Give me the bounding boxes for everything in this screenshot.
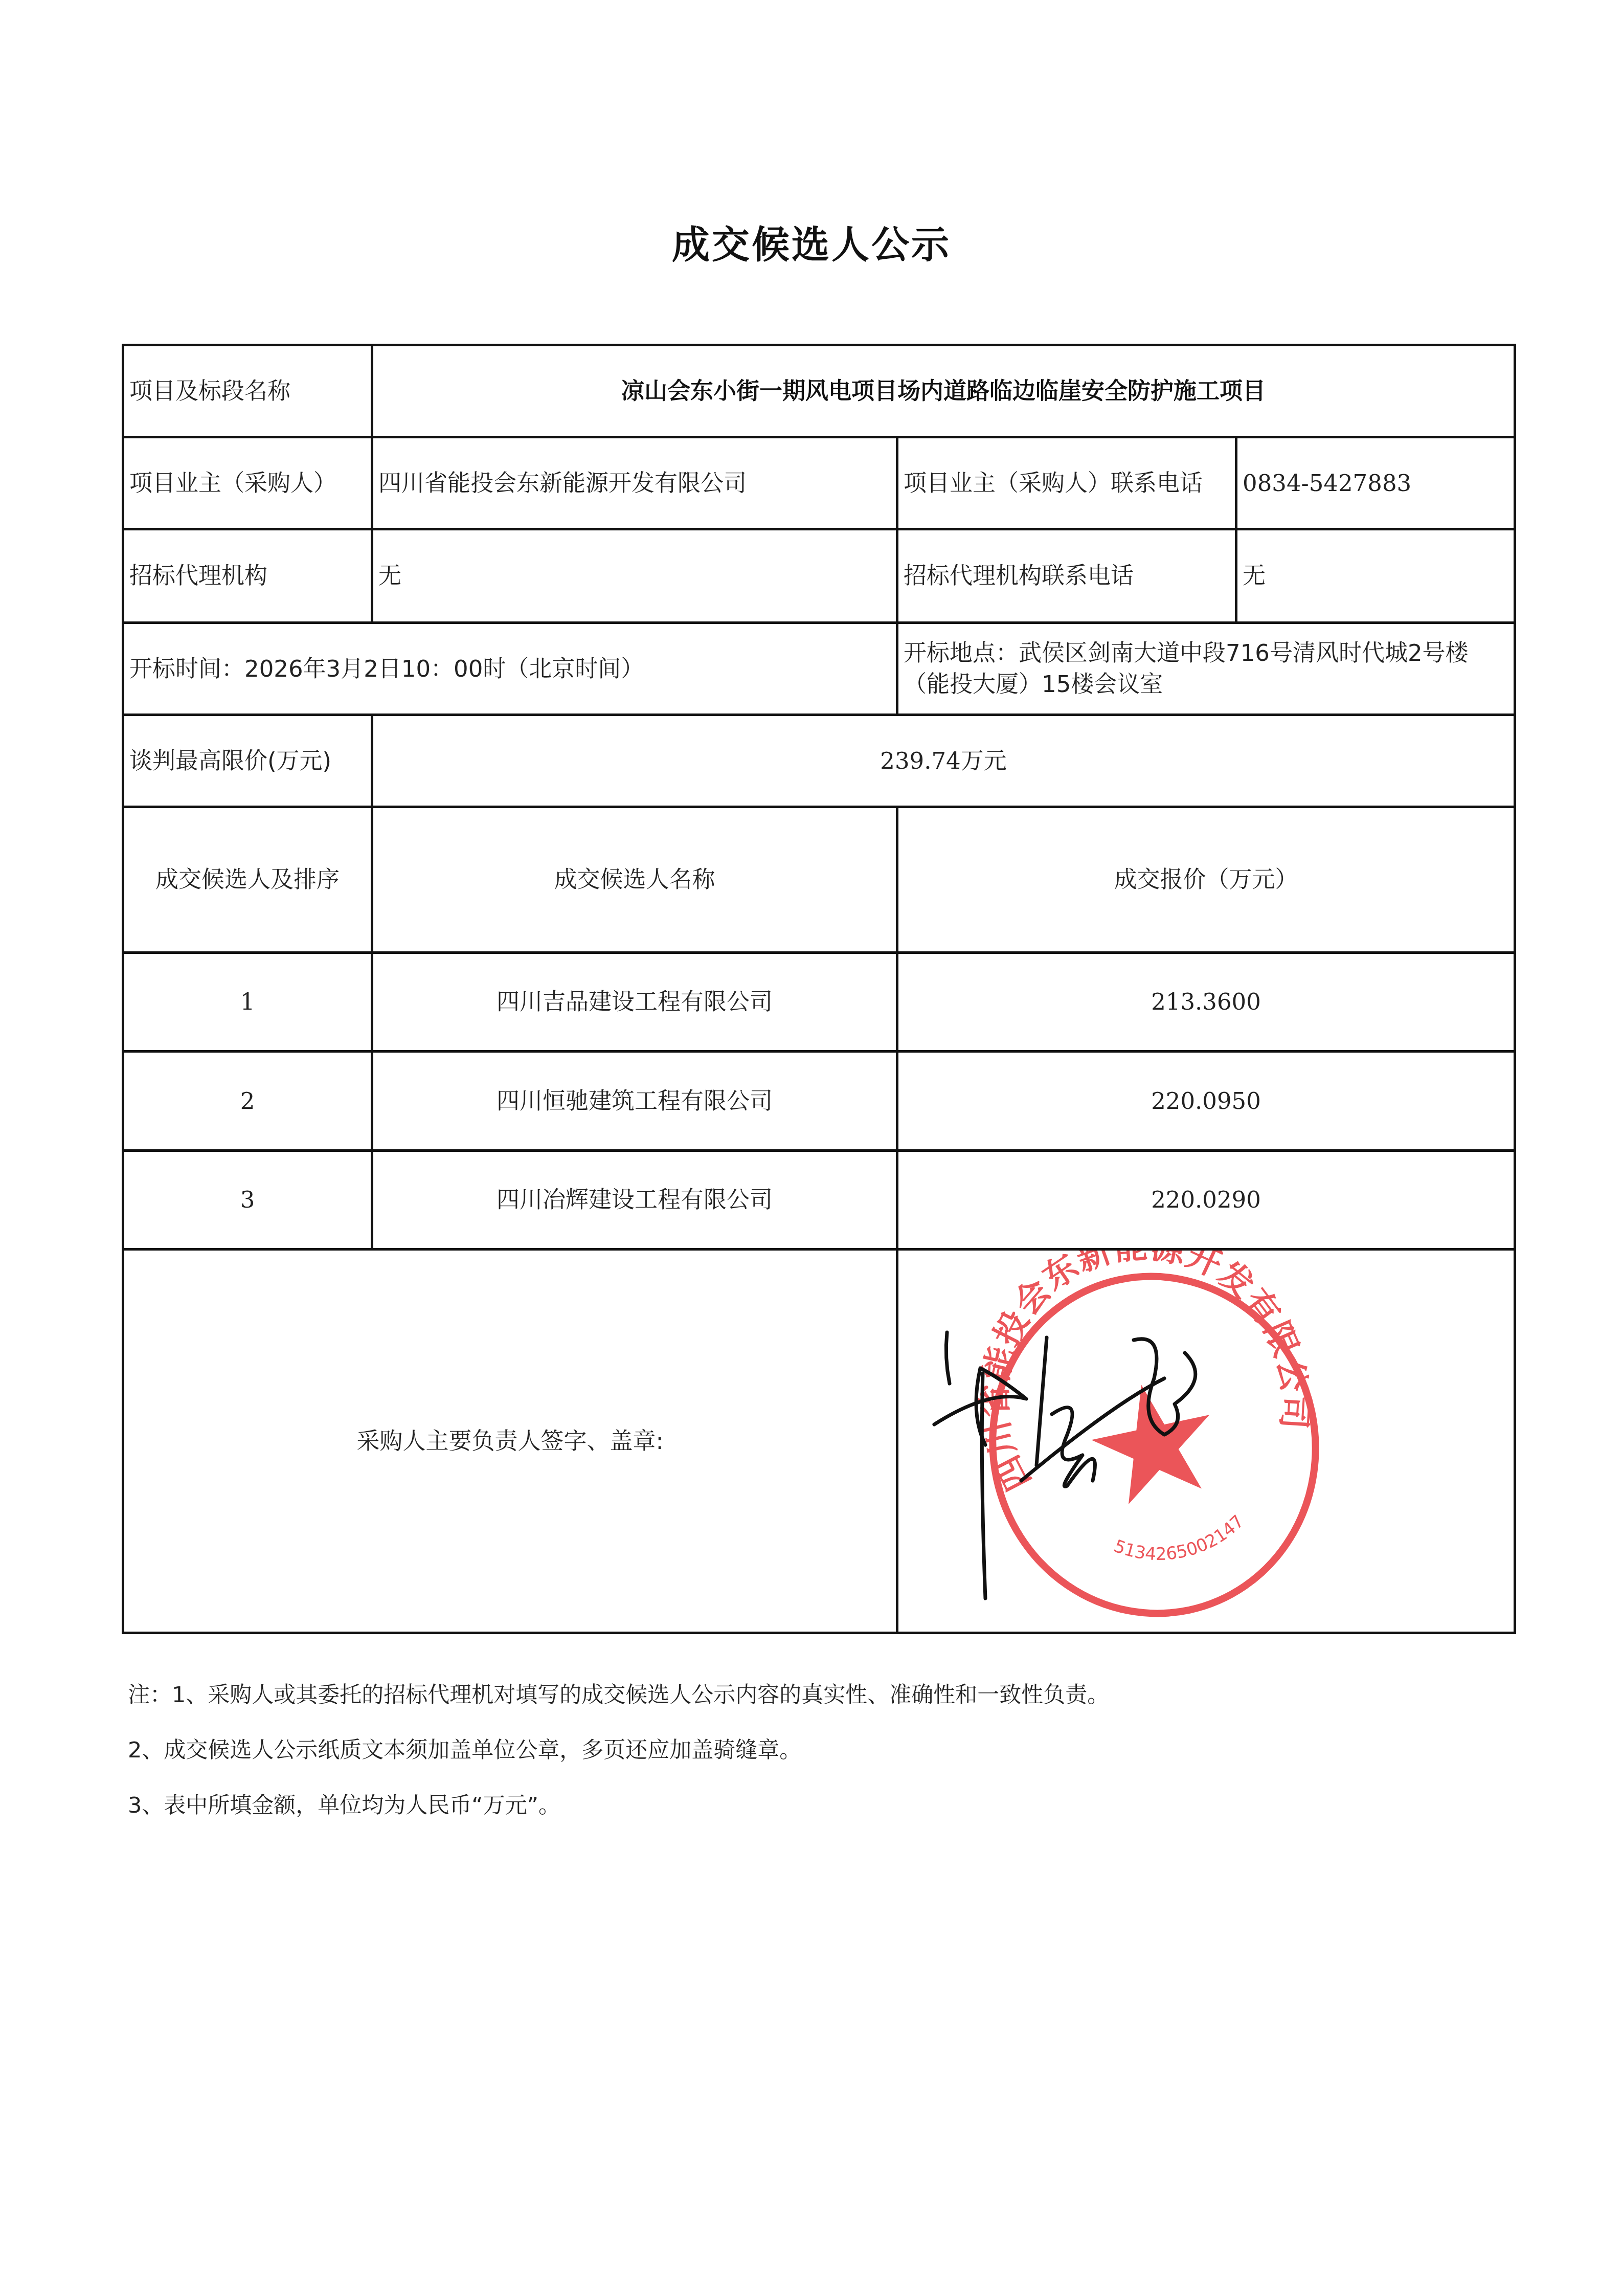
candidate-name: 四川冶辉建设工程有限公司 <box>372 1151 897 1250</box>
max-price-label: 谈判最高限价(万元) <box>123 715 372 807</box>
table-row: 1 四川吉品建设工程有限公司 213.3600 <box>123 953 1515 1052</box>
candidate-rank: 2 <box>123 1052 372 1151</box>
owner-label: 项目业主（采购人） <box>123 437 372 529</box>
candidate-name: 四川恒驰建筑工程有限公司 <box>372 1052 897 1151</box>
candidate-rank: 1 <box>123 953 372 1052</box>
table-row: 2 四川恒驰建筑工程有限公司 220.0950 <box>123 1052 1515 1151</box>
candidate-price: 220.0290 <box>897 1151 1515 1250</box>
header-price: 成交报价（万元） <box>897 807 1515 953</box>
document-title: 成交候选人公示 <box>0 215 1623 269</box>
signature-label: 采购人主要负责人签字、盖章: <box>123 1250 897 1633</box>
seal-ring <box>961 1251 1346 1634</box>
note-item: 注：1、采购人或其委托的招标代理机对填写的成交候选人公示内容的真实性、准确性和一… <box>128 1667 1109 1723</box>
row-opening: 开标时间：2026年3月2日10：00时（北京时间） 开标地点：武侯区剑南大道中… <box>123 623 1515 715</box>
agency-label: 招标代理机构 <box>123 529 372 623</box>
candidate-price: 220.0950 <box>897 1052 1515 1151</box>
owner-value: 四川省能投会东新能源开发有限公司 <box>372 437 897 529</box>
row-max-price: 谈判最高限价(万元) 239.74万元 <box>123 715 1515 807</box>
svg-text:四川省能投会东新能源开发有限公司: 四川省能投会东新能源开发有限公司 <box>942 1251 1324 1500</box>
official-seal-stamp: 四川省能投会东新能源开发有限公司 5134265002147 <box>898 1251 1514 1632</box>
opening-location: 开标地点：武侯区剑南大道中段716号清风时代城2号楼（能投大厦）15楼会议室 <box>897 623 1515 715</box>
owner-phone-value: 0834-5427883 <box>1236 437 1515 529</box>
note-item: 3、表中所填金额，单位均为人民币“万元”。 <box>128 1778 1109 1833</box>
row-agency: 招标代理机构 无 招标代理机构联系电话 无 <box>123 529 1515 623</box>
owner-phone-label: 项目业主（采购人）联系电话 <box>897 437 1236 529</box>
project-name-label: 项目及标段名称 <box>123 345 372 437</box>
notes-section: 注：1、采购人或其委托的招标代理机对填写的成交候选人公示内容的真实性、准确性和一… <box>128 1667 1109 1833</box>
header-rank: 成交候选人及排序 <box>123 807 372 953</box>
table-row: 3 四川冶辉建设工程有限公司 220.0290 <box>123 1151 1515 1250</box>
handwritten-signature <box>934 1332 1196 1598</box>
opening-time: 开标时间：2026年3月2日10：00时（北京时间） <box>123 623 897 715</box>
candidate-rank: 3 <box>123 1151 372 1250</box>
agency-value: 无 <box>372 529 897 623</box>
candidate-price: 213.3600 <box>897 953 1515 1052</box>
row-candidate-headers: 成交候选人及排序 成交候选人名称 成交报价（万元） <box>123 807 1515 953</box>
svg-text:5134265002147: 5134265002147 <box>1108 1509 1253 1576</box>
agency-phone-value: 无 <box>1236 529 1515 623</box>
max-price-value: 239.74万元 <box>372 715 1515 807</box>
header-name: 成交候选人名称 <box>372 807 897 953</box>
candidate-name: 四川吉品建设工程有限公司 <box>372 953 897 1052</box>
note-item: 2、成交候选人公示纸质文本须加盖单位公章，多页还应加盖骑缝章。 <box>128 1723 1109 1778</box>
announcement-table: 项目及标段名称 凉山会东小街一期风电项目场内道路临边临崖安全防护施工项目 项目业… <box>122 344 1516 1634</box>
signature-area: 四川省能投会东新能源开发有限公司 5134265002147 <box>897 1250 1515 1633</box>
row-signature: 采购人主要负责人签字、盖章: 四川省能投会东新能源开发有限公司 <box>123 1250 1515 1633</box>
agency-phone-label: 招标代理机构联系电话 <box>897 529 1236 623</box>
row-owner: 项目业主（采购人） 四川省能投会东新能源开发有限公司 项目业主（采购人）联系电话… <box>123 437 1515 529</box>
project-name-value: 凉山会东小街一期风电项目场内道路临边临崖安全防护施工项目 <box>372 345 1515 437</box>
row-project-name: 项目及标段名称 凉山会东小街一期风电项目场内道路临边临崖安全防护施工项目 <box>123 345 1515 437</box>
